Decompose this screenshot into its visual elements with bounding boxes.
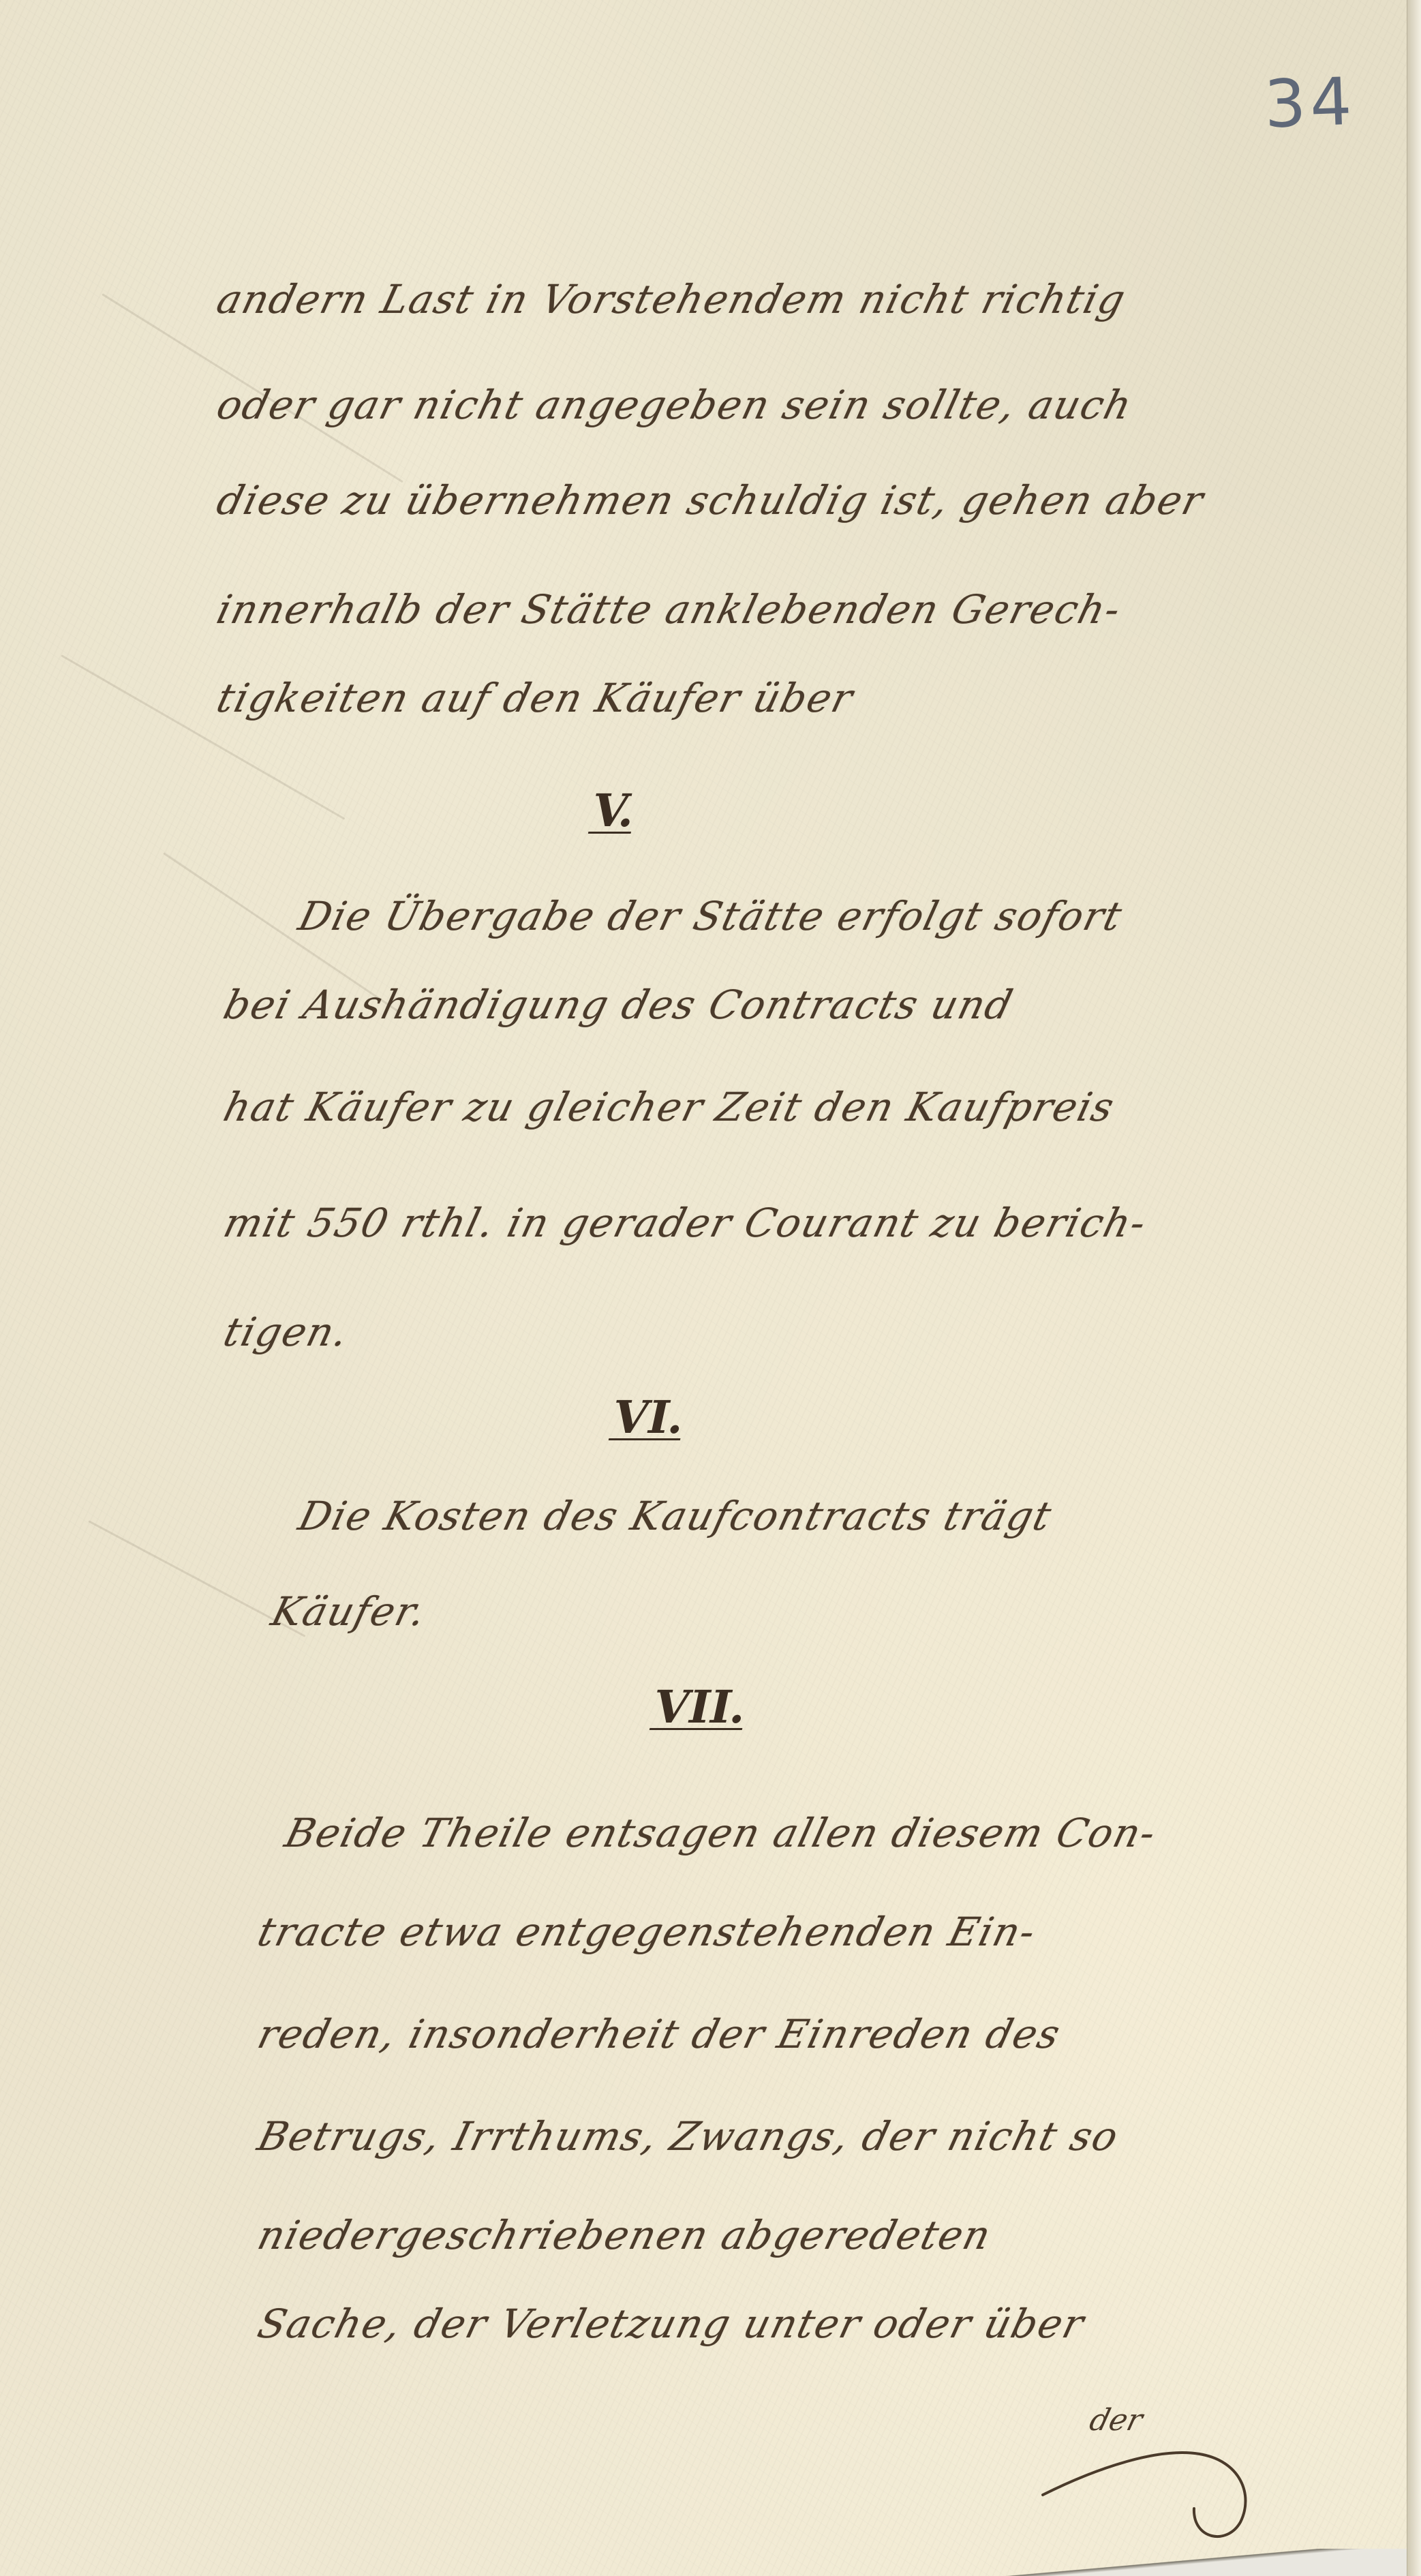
text-line: reden, insonderheit der Einreden des <box>254 2011 1066 2057</box>
text-line: bei Aushändigung des Contracts und <box>219 982 1019 1028</box>
text-line: Sache, der Verletzung unter oder über <box>254 2301 1090 2347</box>
text-line: mit 550 rthl. in gerader Courant zu beri… <box>219 1200 1152 1246</box>
page-fold <box>985 2549 1407 2576</box>
section-heading-v: V. <box>587 784 641 837</box>
text-line: andern Last in Vorstehendem nicht richti… <box>213 276 1131 322</box>
page-number: 34 <box>1263 63 1357 143</box>
text-line: diese zu übernehmen schuldig ist, gehen … <box>213 477 1209 524</box>
text-line: innerhalb der Stätte anklebenden Gerech- <box>213 586 1127 633</box>
section-heading-vi: VI. <box>608 1391 691 1444</box>
text-line: Käufer. <box>267 1588 432 1635</box>
text-line: tigen. <box>219 1309 354 1355</box>
text-line: Die Übergabe der Stätte erfolgt sofort <box>294 893 1128 939</box>
text-line: niedergeschriebenen abgeredeten <box>254 2212 997 2258</box>
section-heading-vii: VII. <box>649 1680 753 1733</box>
text-line: Betrugs, Irrthums, Zwangs, der nicht so <box>254 2113 1125 2160</box>
text-line: Beide Theile entsagen allen diesem Con- <box>281 1810 1162 1856</box>
manuscript-page: 34 andern Last in Vorstehendem nicht ric… <box>0 0 1407 2576</box>
text-line: tigkeiten auf den Käufer über <box>213 675 859 721</box>
text-line: tracte etwa entgegenstehenden Ein- <box>254 1909 1041 1955</box>
text-line: hat Käufer zu gleicher Zeit den Kaufprei… <box>219 1084 1120 1130</box>
text-line: Die Kosten des Kaufcontracts trägt <box>294 1493 1057 1539</box>
text-line: oder gar nicht angegeben sein sollte, au… <box>213 382 1137 428</box>
flourish-icon <box>1036 2427 1281 2543</box>
adjacent-page-edge <box>1407 0 1421 2576</box>
